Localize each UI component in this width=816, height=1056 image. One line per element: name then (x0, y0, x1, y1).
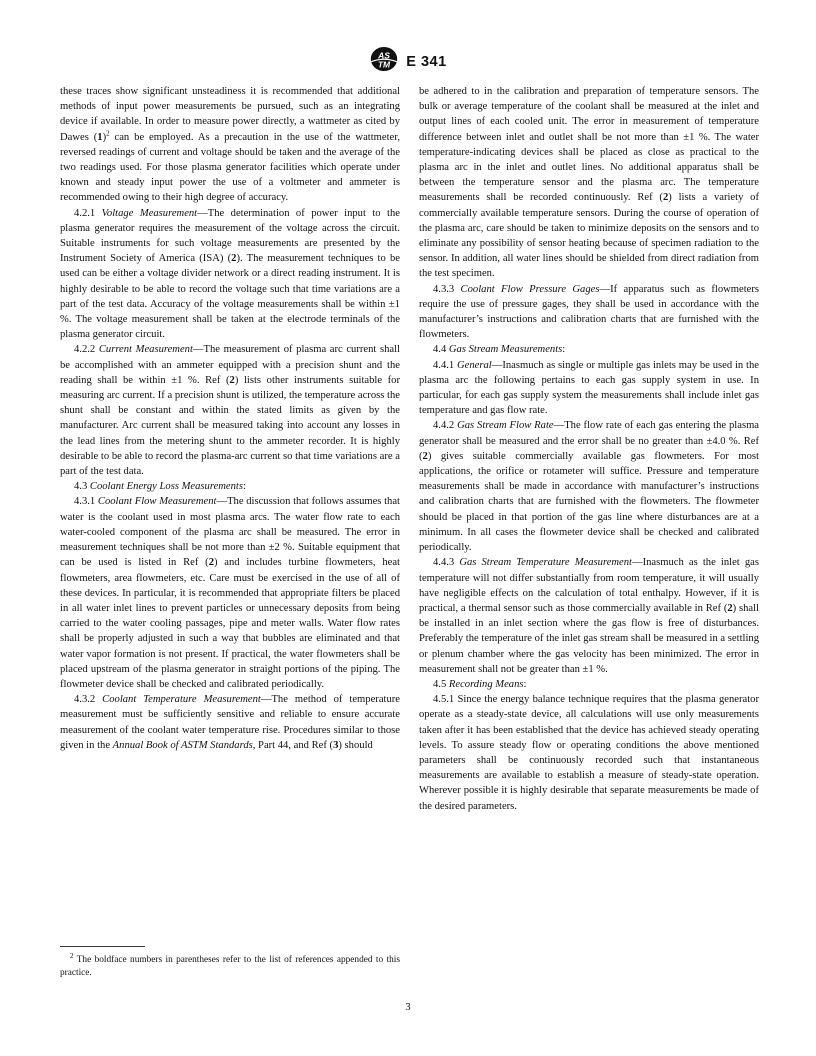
text-run: Current Measurement (99, 344, 193, 355)
text-run: 4.3.3 (433, 284, 461, 295)
text-run: 4.5 (433, 679, 449, 690)
text-run: 4.2.2 (74, 344, 99, 355)
text-run: General (457, 360, 492, 371)
text-run: ). The measurement techniques to be used… (60, 253, 400, 340)
text-run: : (562, 344, 565, 355)
footnote-block: 2 The boldface numbers in parentheses re… (60, 946, 400, 979)
text-run: Coolant Temperature Measurement (102, 694, 261, 705)
text-run: 4.4.2 (433, 420, 457, 431)
text-run: 4.4.1 (433, 360, 457, 371)
text-run: Annual Book of ASTM Standards (113, 740, 253, 751)
text-run: : (243, 481, 246, 492)
text-run: ) and includes turbine flowmeters, heat … (60, 557, 400, 690)
section-4.5.1: 4.5.1 Since the energy balance technique… (419, 692, 759, 814)
section-4.2.2: 4.2.2 Current Measurement—The measuremen… (60, 342, 400, 479)
text-run: ) should (338, 740, 372, 751)
text-run: Voltage Measurement (102, 208, 198, 219)
svg-text:TM: TM (378, 60, 391, 70)
text-run: ) lists a variety of commercially availa… (419, 192, 759, 279)
document-page: AS TM E 341 these traces show significan… (0, 0, 816, 1056)
text-run: Coolant Flow Pressure Gages (461, 284, 600, 295)
text-run: 4.3 (74, 481, 90, 492)
footnote-2: 2 The boldface numbers in parentheses re… (60, 954, 400, 979)
text-run: 4.2.1 (74, 208, 102, 219)
section-4.3.3: 4.3.3 Coolant Flow Pressure Gages—If app… (419, 282, 759, 343)
standard-designation: E 341 (406, 54, 446, 70)
text-run: 4.4 (433, 344, 449, 355)
section-4.3.2: 4.3.2 Coolant Temperature Measurement—Th… (60, 692, 400, 753)
body-columns: these traces show significant unsteadine… (60, 84, 759, 814)
text-run: Gas Stream Temperature Measurement (459, 557, 632, 568)
text-run: be adhered to in the calibration and pre… (419, 86, 759, 203)
section-4.3.1: 4.3.1 Coolant Flow Measurement—The discu… (60, 494, 400, 692)
text-run: Coolant Flow Measurement (98, 496, 217, 507)
text-run: Gas Stream Measurements (449, 344, 562, 355)
text-run: Coolant Energy Loss Measurements (90, 481, 243, 492)
text-run: ) gives suitable commercially available … (419, 451, 759, 553)
text-run: 4.5.1 Since the energy balance technique… (419, 694, 759, 811)
footnote-rule (60, 946, 145, 947)
section-4.4.2: 4.4.2 Gas Stream Flow Rate—The flow rate… (419, 418, 759, 555)
continuation-paragraph: these traces show significant unsteadine… (60, 84, 400, 206)
text-run: can be employed. As a precaution in the … (60, 132, 400, 204)
text-run: Gas Stream Flow Rate (457, 420, 554, 431)
right-column: be adhered to in the calibration and pre… (419, 84, 759, 814)
text-run: Recording Means (449, 679, 524, 690)
section-4.4.1: 4.4.1 General—Inasmuch as single or mult… (419, 358, 759, 419)
astm-logo-icon: AS TM (369, 46, 399, 77)
page-number: 3 (0, 1002, 816, 1013)
page-header: AS TM E 341 (0, 46, 816, 77)
text-run: ) lists other instruments suitable for m… (60, 375, 400, 477)
text-run: 4.4.3 (433, 557, 459, 568)
section-4.4.3: 4.4.3 Gas Stream Temperature Measurement… (419, 555, 759, 677)
section-4.2.1: 4.2.1 Voltage Measurement—The determinat… (60, 206, 400, 343)
text-run: 4.3.1 (74, 496, 98, 507)
text-run: : (524, 679, 527, 690)
section-4.4: 4.4 Gas Stream Measurements: (419, 342, 759, 357)
text-run: The boldface numbers in parentheses refe… (60, 955, 400, 978)
section-4.3: 4.3 Coolant Energy Loss Measurements: (60, 479, 400, 494)
section-4.5: 4.5 Recording Means: (419, 677, 759, 692)
footnote-text: 2 The boldface numbers in parentheses re… (60, 954, 400, 979)
text-run: , Part 44, and Ref ( (253, 740, 333, 751)
continuation-paragraph: be adhered to in the calibration and pre… (419, 84, 759, 282)
left-column: these traces show significant unsteadine… (60, 84, 400, 814)
text-run: 4.3.2 (74, 694, 102, 705)
